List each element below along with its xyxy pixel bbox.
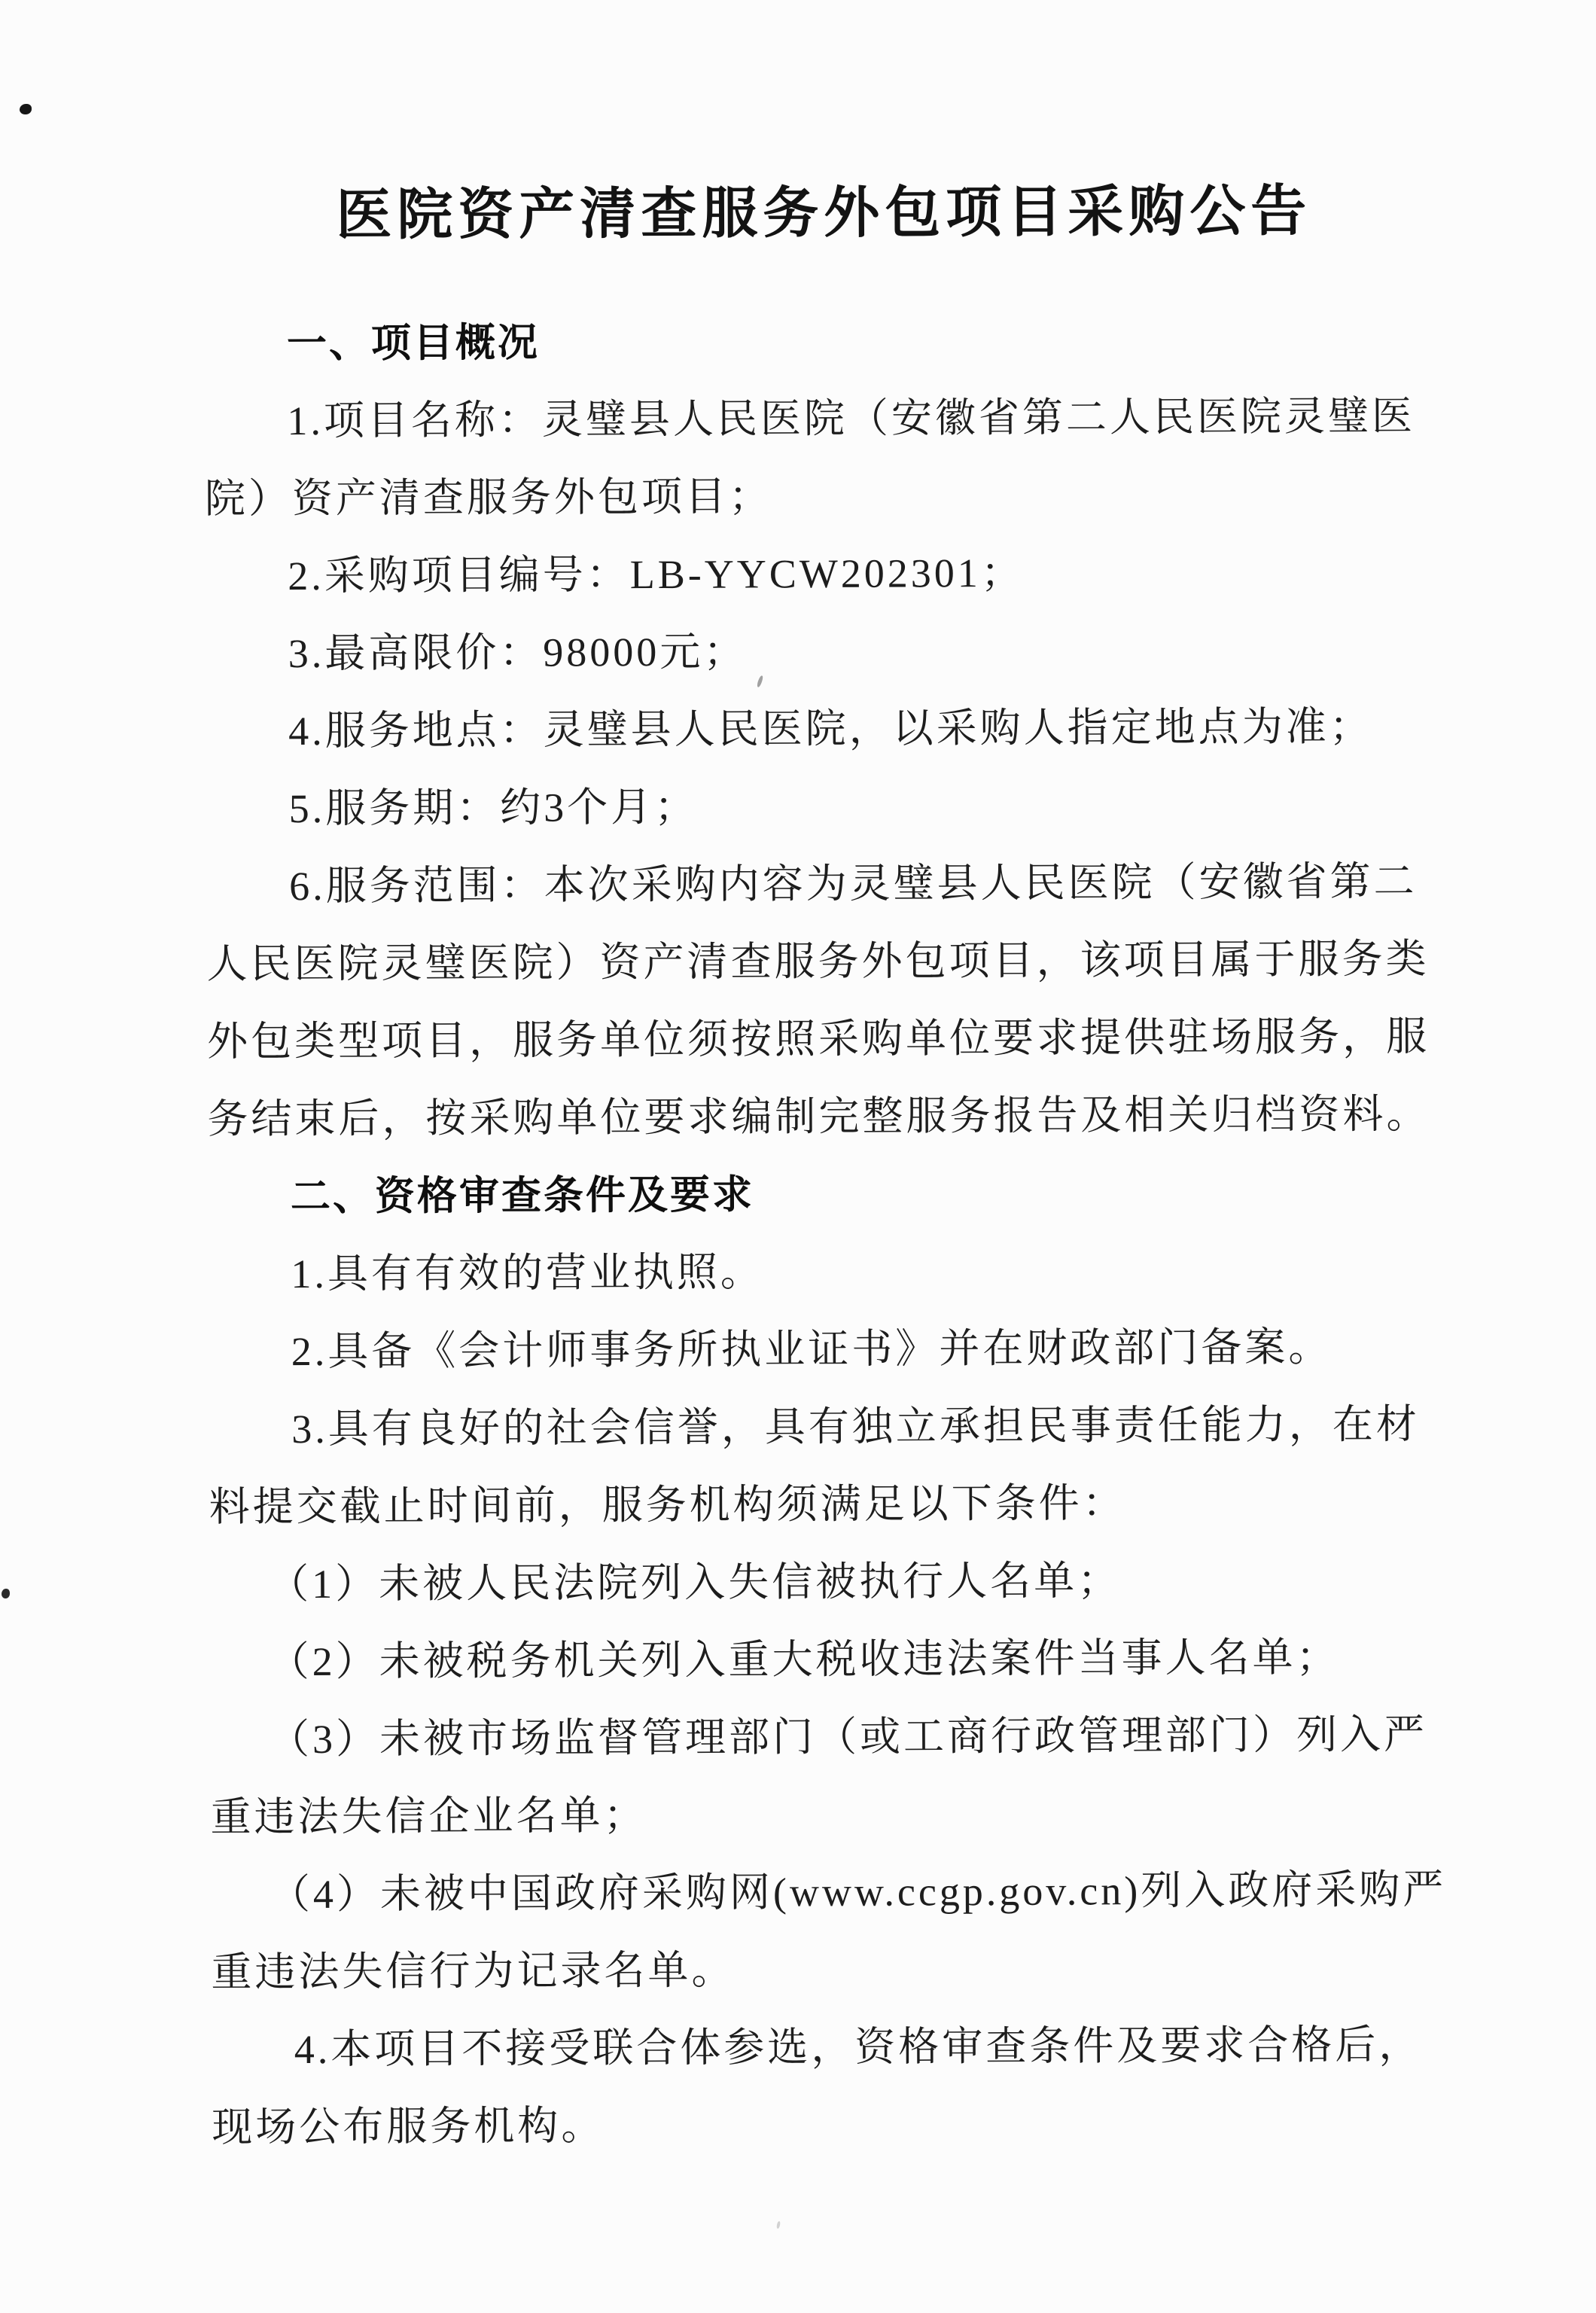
document-line: 重违法失信企业名单； [210, 1773, 1451, 1856]
document-line: 外包类型项目，服务单位须按照采购单位要求提供驻场服务，服 [207, 998, 1448, 1080]
document-line: 现场公布服务机构。 [212, 2083, 1452, 2166]
document-line: （1）未被人民法院列入失信被执行人名单； [209, 1540, 1450, 1623]
document-line: 重违法失信行为记录名单。 [211, 1928, 1451, 2011]
document-line: 2.具备《会计师事务所执业证书》并在财政部门备案。 [209, 1308, 1449, 1391]
document-line: （2）未被税务机关列入重大税收违法案件当事人名单； [209, 1618, 1450, 1701]
document-line: 1.项目名称：灵璧县人民医院（安徽省第二人民医院灵璧医 [204, 377, 1445, 460]
section-heading: 一、项目概况 [204, 300, 1445, 382]
ink-speck [776, 2221, 781, 2229]
document-line: 务结束后，按采购单位要求编制完整服务报告及相关归档资料。 [207, 1075, 1448, 1158]
document-line: 3.最高限价：98000元； [206, 610, 1446, 693]
document-title: 医院资产清查服务外包项目采购公告 [203, 172, 1445, 305]
section-heading: 二、资格审查条件及要求 [208, 1153, 1448, 1236]
scanned-document-page: 医院资产清查服务外包项目采购公告 一、项目概况1.项目名称：灵璧县人民医院（安徽… [0, 0, 1596, 2313]
document-line: （3）未被市场监督管理部门（或工商行政管理部门）列入严 [210, 1696, 1451, 1778]
document-line: 人民医院灵璧医院）资产清查服务外包项目，该项目属于服务类 [206, 920, 1447, 1003]
document-line: 4.本项目不接受联合体参选，资格审查条件及要求合格后， [212, 2006, 1452, 2089]
document-text-block: 一、项目概况1.项目名称：灵璧县人民医院（安徽省第二人民医院灵璧医院）资产清查服… [204, 300, 1453, 2166]
document-line: 院）资产清查服务外包项目； [205, 455, 1445, 538]
document-line: 1.具有有效的营业执照。 [208, 1230, 1448, 1313]
document-line: 3.具有良好的社会信誉，具有独立承担民事责任能力，在材 [209, 1385, 1449, 1468]
document-line: 料提交截止时间前，服务机构须满足以下条件： [209, 1463, 1449, 1546]
document-line: 4.服务地点：灵璧县人民医院，以采购人指定地点为准； [206, 687, 1446, 770]
document-body: 医院资产清查服务外包项目采购公告 一、项目概况1.项目名称：灵璧县人民医院（安徽… [203, 172, 1453, 2166]
document-line: 5.服务期：约3个月； [206, 765, 1446, 848]
document-line: 6.服务范围：本次采购内容为灵璧县人民医院（安徽省第二 [206, 843, 1447, 925]
document-line: （4）未被中国政府采购网(www.ccgp.gov.cn)列入政府采购严 [211, 1851, 1451, 1934]
ink-speck [20, 104, 32, 114]
document-line: 2.采购项目编号：LB-YYCW202301； [205, 532, 1445, 615]
ink-speck [2, 1589, 10, 1598]
